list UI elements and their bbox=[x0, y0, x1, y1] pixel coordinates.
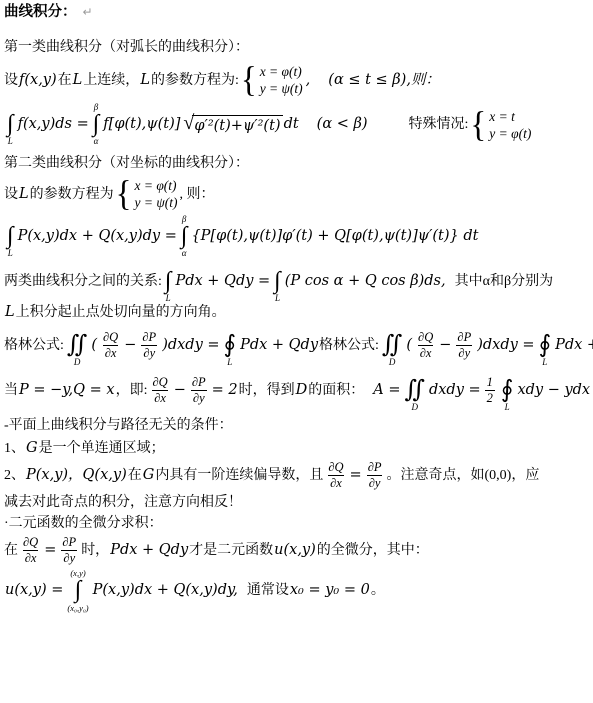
math-run: Pdx + Qdy bbox=[109, 541, 189, 560]
paragraph-total-differential: 在 ∂Q ∂x = ∂P ∂y 时， Pdx + Qdy 才是二元函数 u(x,… bbox=[4, 535, 591, 566]
fraction-denominator: ∂x bbox=[328, 475, 344, 491]
math-run: Pdx + Qdy bbox=[554, 336, 593, 355]
fraction-denominator: ∂x bbox=[23, 550, 39, 566]
fraction-numerator: ∂Q bbox=[101, 330, 120, 345]
case-top: x = φ(t) bbox=[260, 63, 303, 80]
integral-lower-limit: L bbox=[504, 403, 510, 412]
math-run: f(x,y)ds = bbox=[17, 115, 90, 134]
integral-icon: ∫ bbox=[7, 224, 14, 249]
list-number: 2、 bbox=[4, 466, 25, 485]
fraction: ∂Q ∂x bbox=[101, 330, 120, 361]
left-brace-icon: { bbox=[470, 106, 486, 143]
text-run: 其中α和β分别为 bbox=[455, 272, 553, 291]
fraction: ∂P ∂y bbox=[60, 535, 78, 566]
case-bottom: y = ψ(t) bbox=[260, 80, 303, 97]
fraction-denominator: ∂y bbox=[367, 475, 383, 491]
case-bottom: y = ψ(t) bbox=[134, 194, 177, 211]
math-run: )dxdy = bbox=[476, 336, 535, 355]
integral-lower-limit: L bbox=[7, 137, 13, 146]
math-run: G bbox=[142, 466, 156, 485]
paragraph-formula-second-kind: ∫ L P(x,y)dx + Q(x,y)dy = β ∫ α {P[φ(t),… bbox=[4, 215, 591, 258]
text-run: ，即: bbox=[116, 381, 148, 400]
text-run: 平面上曲线积分与路径无关的条件： bbox=[9, 416, 233, 435]
math-run: u(x,y) bbox=[273, 541, 317, 560]
paragraph-setup2: 设 L 的参数方程为 { x = φ(t) y = ψ(t) , 则： bbox=[4, 177, 591, 211]
paragraph-title: 曲线积分： ↵ bbox=[4, 3, 591, 22]
text-run: 在 bbox=[4, 541, 18, 560]
text-run: 内具有一阶连续偏导数，且 bbox=[155, 466, 323, 485]
paragraph-condition-1: 1、 G 是一个单连通区域； bbox=[4, 439, 591, 458]
paragraph-condition-2-cont: 减去对此奇点的积分，注意方向相反！ bbox=[4, 493, 591, 512]
double-integral-icon: ∬ bbox=[67, 333, 87, 358]
text-run: 的参数方程为: bbox=[151, 71, 239, 90]
paragraph-mark-icon: ↵ bbox=[83, 3, 93, 22]
math-run: dxdy = bbox=[428, 381, 482, 400]
fraction-denominator: ∂y bbox=[191, 390, 207, 406]
text-run: 时， bbox=[81, 541, 109, 560]
section1-heading: 第一类曲线积分（对弧长的曲线积分）： bbox=[4, 38, 249, 57]
integral-lower-limit: α bbox=[93, 137, 99, 146]
math-run: u(x,y) = bbox=[4, 581, 64, 600]
text-run: 设 bbox=[4, 71, 18, 90]
fraction-denominator: ∂y bbox=[141, 345, 157, 361]
integral-lower-limit: L bbox=[542, 358, 548, 367]
fraction-denominator: ∂x bbox=[103, 345, 119, 361]
contour-integral-L: ∮ L bbox=[224, 324, 237, 367]
contour-integral-L: ∮ L bbox=[539, 324, 552, 367]
math-run: x₀ = y₀ = 0 bbox=[289, 581, 371, 600]
fraction-one-half: 1 2 bbox=[485, 375, 495, 406]
math-run: {P[φ(t),ψ(t)]φ′(t) + Q[φ(t),ψ(t)]ψ′(t)} … bbox=[190, 227, 479, 246]
text-run: 。注意奇点，如(0,0)，应 bbox=[387, 466, 540, 485]
paragraph-section1-heading: 第一类曲线积分（对弧长的曲线积分）： bbox=[4, 38, 591, 57]
fraction: ∂P ∂y bbox=[140, 330, 158, 361]
text-run: 两类曲线积分之间的关系: bbox=[4, 272, 162, 291]
fraction: ∂P ∂y bbox=[455, 330, 473, 361]
paragraph-formula-u: u(x,y) = (x,y) ∫ (x₀,y₀) P(x,y)dx + Q(x,… bbox=[4, 568, 591, 613]
integral-lower-limit: D bbox=[389, 358, 396, 367]
math-run: )dxdy = bbox=[161, 336, 220, 355]
fraction-numerator: ∂Q bbox=[326, 460, 345, 475]
fraction-numerator: ∂Q bbox=[21, 535, 40, 550]
math-run: = bbox=[349, 466, 363, 485]
integral-lower-limit: L bbox=[165, 294, 171, 303]
text-run: 。 bbox=[371, 581, 385, 600]
text-run: 二元函数的全微分求积： bbox=[9, 514, 163, 533]
fraction-numerator: ∂P bbox=[140, 330, 158, 345]
fraction-numerator: ∂P bbox=[455, 330, 473, 345]
paragraph-green-formula: 格林公式: ∬ D ( ∂Q ∂x − ∂P ∂y )dxdy = ∮ L Pd… bbox=[4, 324, 591, 367]
case-top: x = φ(t) bbox=[134, 177, 177, 194]
math-run: ( bbox=[90, 336, 98, 355]
paragraph-setup1: 设 f(x,y) 在 L 上连续， L 的参数方程为: { x = φ(t) y… bbox=[4, 63, 591, 97]
cases-column: x = t y = φ(t) bbox=[489, 108, 531, 142]
math-run: (P cos α + Q cos β)ds, bbox=[284, 272, 447, 291]
math-run: Pdx + Qdy bbox=[239, 336, 319, 355]
math-run: = 2 bbox=[211, 381, 239, 400]
text-run: 格林公式: bbox=[319, 336, 379, 355]
case-top: x = t bbox=[489, 108, 531, 125]
paragraph-condition-2: 2、 P(x,y)，Q(x,y) 在 G 内具有一阶连续偏导数，且 ∂Q ∂x … bbox=[4, 460, 591, 491]
square-root-group: √ φ′²(t)+ψ′²(t) bbox=[183, 113, 282, 136]
integral-lower-limit: D bbox=[74, 358, 81, 367]
text-run: 设 bbox=[4, 185, 18, 204]
integral-L: ∫ L bbox=[165, 260, 172, 303]
text-run: 特殊情况: bbox=[409, 115, 469, 134]
integral-L: ∫ L bbox=[7, 215, 14, 258]
fraction-numerator: ∂P bbox=[60, 535, 78, 550]
math-run: − bbox=[438, 336, 452, 355]
math-run: − bbox=[173, 381, 187, 400]
math-run: − bbox=[123, 336, 137, 355]
integral-lower-limit: L bbox=[274, 294, 280, 303]
double-integral-D: ∬ D bbox=[67, 324, 87, 367]
fraction-numerator: ∂P bbox=[366, 460, 384, 475]
math-run: (α ≤ t ≤ β),则： bbox=[327, 71, 441, 90]
integral-icon: ∫ bbox=[274, 269, 281, 294]
math-run: Pdx + Qdy = bbox=[174, 272, 271, 291]
contour-integral-icon: ∮ bbox=[539, 333, 552, 358]
fraction: ∂Q ∂x bbox=[21, 535, 40, 566]
integral-L: ∫ L bbox=[7, 103, 14, 146]
double-integral-D: ∬ D bbox=[382, 324, 402, 367]
math-run: , bbox=[305, 71, 312, 90]
math-run: D bbox=[295, 381, 309, 400]
integral-lower-limit: L bbox=[227, 358, 233, 367]
integral-icon: ∫ bbox=[181, 224, 188, 249]
fraction-numerator: 1 bbox=[485, 375, 495, 390]
list-number: 1、 bbox=[4, 439, 25, 458]
integral-icon: ∫ bbox=[7, 112, 14, 137]
fraction-numerator: ∂P bbox=[190, 375, 208, 390]
cases-group: { x = φ(t) y = ψ(t) bbox=[241, 63, 303, 97]
text-run: 格林公式: bbox=[4, 336, 64, 355]
left-brace-icon: { bbox=[241, 62, 257, 99]
math-run: P(x,y)dx + Q(x,y)dy = bbox=[17, 227, 178, 246]
paragraph-relation: 两类曲线积分之间的关系: ∫ L Pdx + Qdy = ∫ L (P cos … bbox=[4, 260, 591, 303]
text-run: 当 bbox=[4, 381, 18, 400]
integral-alpha-beta: β ∫ α bbox=[93, 103, 100, 146]
contour-integral-icon: ∮ bbox=[224, 333, 237, 358]
cases-column: x = φ(t) y = ψ(t) bbox=[260, 63, 303, 97]
double-integral-icon: ∬ bbox=[382, 333, 402, 358]
cases-group: { x = t y = φ(t) bbox=[470, 108, 531, 142]
text-run: 的全微分，其中： bbox=[317, 541, 429, 560]
contour-integral-L: ∮ L bbox=[501, 369, 514, 412]
fraction: ∂Q ∂x bbox=[150, 375, 169, 406]
document-page: 曲线积分： ↵ 第一类曲线积分（对弧长的曲线积分）： 设 f(x,y) 在 L … bbox=[0, 0, 593, 703]
integral-icon: ∫ bbox=[75, 578, 82, 603]
math-run: xdy − ydx bbox=[516, 381, 591, 400]
cases-group: { x = φ(t) y = ψ(t) bbox=[116, 177, 178, 211]
fraction: ∂Q ∂x bbox=[416, 330, 435, 361]
left-brace-icon: { bbox=[116, 176, 132, 213]
paragraph-area-formula: 当 P = −y,Q = x ，即: ∂Q ∂x − ∂P ∂y = 2 时，得… bbox=[4, 369, 591, 412]
text-run: 的面积： bbox=[308, 381, 364, 400]
fraction-numerator: ∂Q bbox=[416, 330, 435, 345]
math-run: f[φ(t),ψ(t)] bbox=[102, 115, 181, 134]
radicand: φ′²(t)+ψ′²(t) bbox=[192, 115, 282, 136]
text-run: , 则： bbox=[179, 185, 214, 204]
section2-heading: 第二类曲线积分（对坐标的曲线积分）： bbox=[4, 154, 249, 173]
case-bottom: y = φ(t) bbox=[489, 125, 531, 142]
integral-lower-limit: α bbox=[181, 249, 187, 258]
math-run: L bbox=[4, 303, 16, 322]
fraction-denominator: 2 bbox=[485, 390, 495, 406]
text-run: 减去对此奇点的积分，注意方向相反！ bbox=[4, 493, 242, 512]
integral-lower-limit: D bbox=[412, 403, 419, 412]
integral-icon: ∫ bbox=[165, 269, 172, 294]
paragraph-section2-heading: 第二类曲线积分（对坐标的曲线积分）： bbox=[4, 154, 591, 173]
math-run: ( bbox=[405, 336, 413, 355]
paragraph-formula-first-kind: ∫ L f(x,y)ds = β ∫ α f[φ(t),ψ(t)] √ φ′²(… bbox=[4, 103, 591, 146]
math-run: f(x,y) bbox=[18, 71, 58, 90]
fraction-denominator: ∂y bbox=[456, 345, 472, 361]
fraction-denominator: ∂x bbox=[418, 345, 434, 361]
integral-lower-limit: L bbox=[7, 249, 13, 258]
math-run: P(x,y)dx + Q(x,y)dy, bbox=[92, 581, 239, 600]
text-run: 的参数方程为 bbox=[30, 185, 114, 204]
text-run: 在 bbox=[128, 466, 142, 485]
cases-column: x = φ(t) y = ψ(t) bbox=[134, 177, 177, 211]
double-integral-D: ∬ D bbox=[405, 369, 425, 412]
math-run: L bbox=[139, 71, 151, 90]
math-run: G bbox=[25, 439, 39, 458]
paragraph-relation-cont: L 上积分起止点处切向量的方向角。 bbox=[4, 303, 591, 322]
fraction-denominator: ∂y bbox=[61, 550, 77, 566]
integral-alpha-beta: β ∫ α bbox=[181, 215, 188, 258]
text-run: 在 bbox=[58, 71, 72, 90]
fraction: ∂P ∂y bbox=[366, 460, 384, 491]
integral-lower-limit: (x₀,y₀) bbox=[67, 603, 88, 613]
integral-L: ∫ L bbox=[274, 260, 281, 303]
math-run: L bbox=[18, 185, 30, 204]
fraction: ∂P ∂y bbox=[190, 375, 208, 406]
math-run: = bbox=[43, 541, 57, 560]
text-run: 通常设 bbox=[247, 581, 289, 600]
fraction: ∂Q ∂x bbox=[326, 460, 345, 491]
math-run: P(x,y)，Q(x,y) bbox=[25, 466, 128, 485]
paragraph-total-differential-heading: · 二元函数的全微分求积： bbox=[4, 514, 591, 533]
fraction-numerator: ∂Q bbox=[150, 375, 169, 390]
page-title: 曲线积分： bbox=[4, 3, 77, 22]
text-run: 才是二元函数 bbox=[189, 541, 273, 560]
text-run: 是一个单连通区域； bbox=[39, 439, 165, 458]
text-run: 时，得到 bbox=[239, 381, 295, 400]
math-run: dt bbox=[283, 115, 300, 134]
math-run: (α < β) bbox=[316, 115, 369, 134]
math-run: A = bbox=[372, 381, 401, 400]
contour-integral-icon: ∮ bbox=[501, 378, 514, 403]
double-integral-icon: ∬ bbox=[405, 378, 425, 403]
integral-icon: ∫ bbox=[93, 112, 100, 137]
text-run: 上积分起止点处切向量的方向角。 bbox=[16, 303, 226, 322]
paragraph-path-independence: - 平面上曲线积分与路径无关的条件： bbox=[4, 416, 591, 435]
math-run: P = −y,Q = x bbox=[18, 381, 116, 400]
integral-point-limits: (x,y) ∫ (x₀,y₀) bbox=[67, 568, 88, 613]
math-run: L bbox=[72, 71, 84, 90]
fraction-denominator: ∂x bbox=[152, 390, 168, 406]
text-run: 上连续， bbox=[83, 71, 139, 90]
